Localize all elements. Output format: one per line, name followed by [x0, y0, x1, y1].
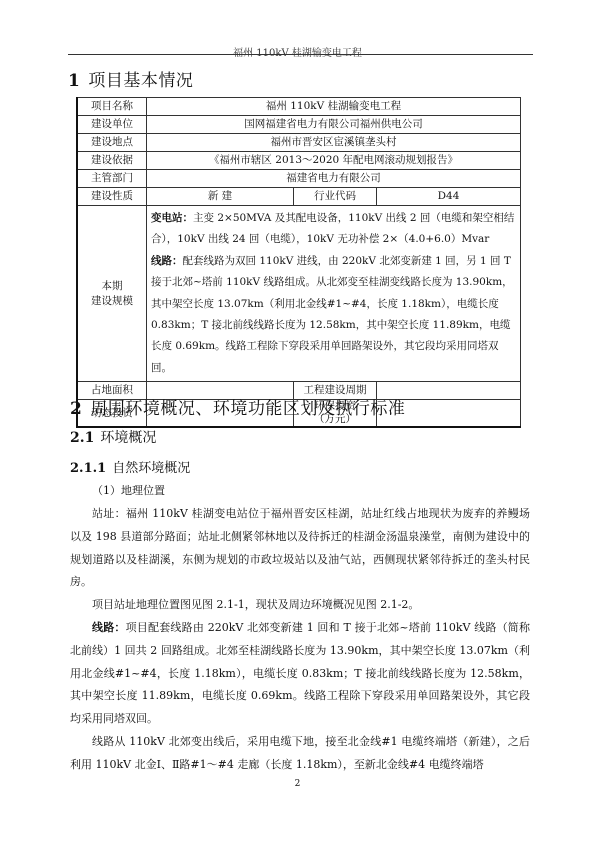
figure-reference-paragraph: 项目站址地理位置图见图 2.1-1，现状及周边环境概况见图 2.1-2。 — [70, 594, 530, 617]
section-2-1-1-heading: 2.1.1自然环境概况 — [70, 457, 190, 476]
row-label: 项目名称 — [77, 98, 147, 116]
row-value: 新 建 — [147, 188, 294, 206]
row-value: 国网福建省电力有限公司福州供电公司 — [147, 116, 521, 134]
table-row: 主管部门福建省电力有限公司 — [77, 170, 521, 188]
row-value: 《福州市辖区 2013～2020 年配电网滚动规划报告》 — [147, 152, 521, 170]
row-value: D44 — [377, 188, 521, 206]
station-scale: 变电站：主变 2×50MVA 及其配电设备，110kV 出线 2 回（电缆和架空… — [151, 208, 516, 251]
section-2-heading: 2周围环境概况、环境功能区划及执行标准 — [70, 394, 405, 419]
section-2-1-heading: 2.1环境概况 — [70, 427, 156, 447]
section-1-heading: 1项目基本情况 — [68, 66, 193, 91]
table-row: 建设地点福州市晋安区宦溪镇垄头村 — [77, 134, 521, 152]
row-label: 建设单位 — [77, 116, 147, 134]
row-label: 建设依据 — [77, 152, 147, 170]
row-label: 建设地点 — [77, 134, 147, 152]
table-row: 建设依据《福州市辖区 2013～2020 年配电网滚动规划报告》 — [77, 152, 521, 170]
row-label: 本期建设规模 — [77, 206, 147, 382]
header-rule — [68, 54, 533, 55]
row-label: 主管部门 — [77, 170, 147, 188]
running-header: 福州 110kV 桂湖输变电工程 — [0, 44, 595, 59]
page-number: 2 — [0, 779, 595, 789]
table-row: 项目名称福州 110kV 桂湖输变电工程 — [77, 98, 521, 116]
row-value: 变电站：主变 2×50MVA 及其配电设备，110kV 出线 2 回（电缆和架空… — [147, 206, 521, 382]
table-row: 建设性质 新 建 行业代码 D44 — [77, 188, 521, 206]
project-info-table: 项目名称福州 110kV 桂湖输变电工程 建设单位国网福建省电力有限公司福州供电… — [76, 97, 521, 428]
line-paragraph: 线路：项目配套线路由 220kV 北郊变新建 1 回和 T 接于北郊~塔前 11… — [70, 617, 530, 731]
geo-subheading: （1）地理位置 — [92, 480, 552, 503]
line-scale: 线路：配套线路为双回 110kV 进线，由 220kV 北郊变新建 1 回，另 … — [151, 251, 516, 379]
route-paragraph: 线路从 110kV 北郊变出线后，采用电缆下地，接至北金线#1 电缆终端塔（新建… — [70, 731, 530, 777]
table-row: 本期建设规模 变电站：主变 2×50MVA 及其配电设备，110kV 出线 2 … — [77, 206, 521, 382]
row-label: 行业代码 — [294, 188, 377, 206]
table-row: 建设单位国网福建省电力有限公司福州供电公司 — [77, 116, 521, 134]
row-value: 福州 110kV 桂湖输变电工程 — [147, 98, 521, 116]
row-value: 福州市晋安区宦溪镇垄头村 — [147, 134, 521, 152]
site-paragraph: 站址：福州 110kV 桂湖变电站位于福州晋安区桂湖，站址红线占地现状为废弃的养… — [70, 503, 530, 594]
row-value: 福建省电力有限公司 — [147, 170, 521, 188]
row-label: 建设性质 — [77, 188, 147, 206]
